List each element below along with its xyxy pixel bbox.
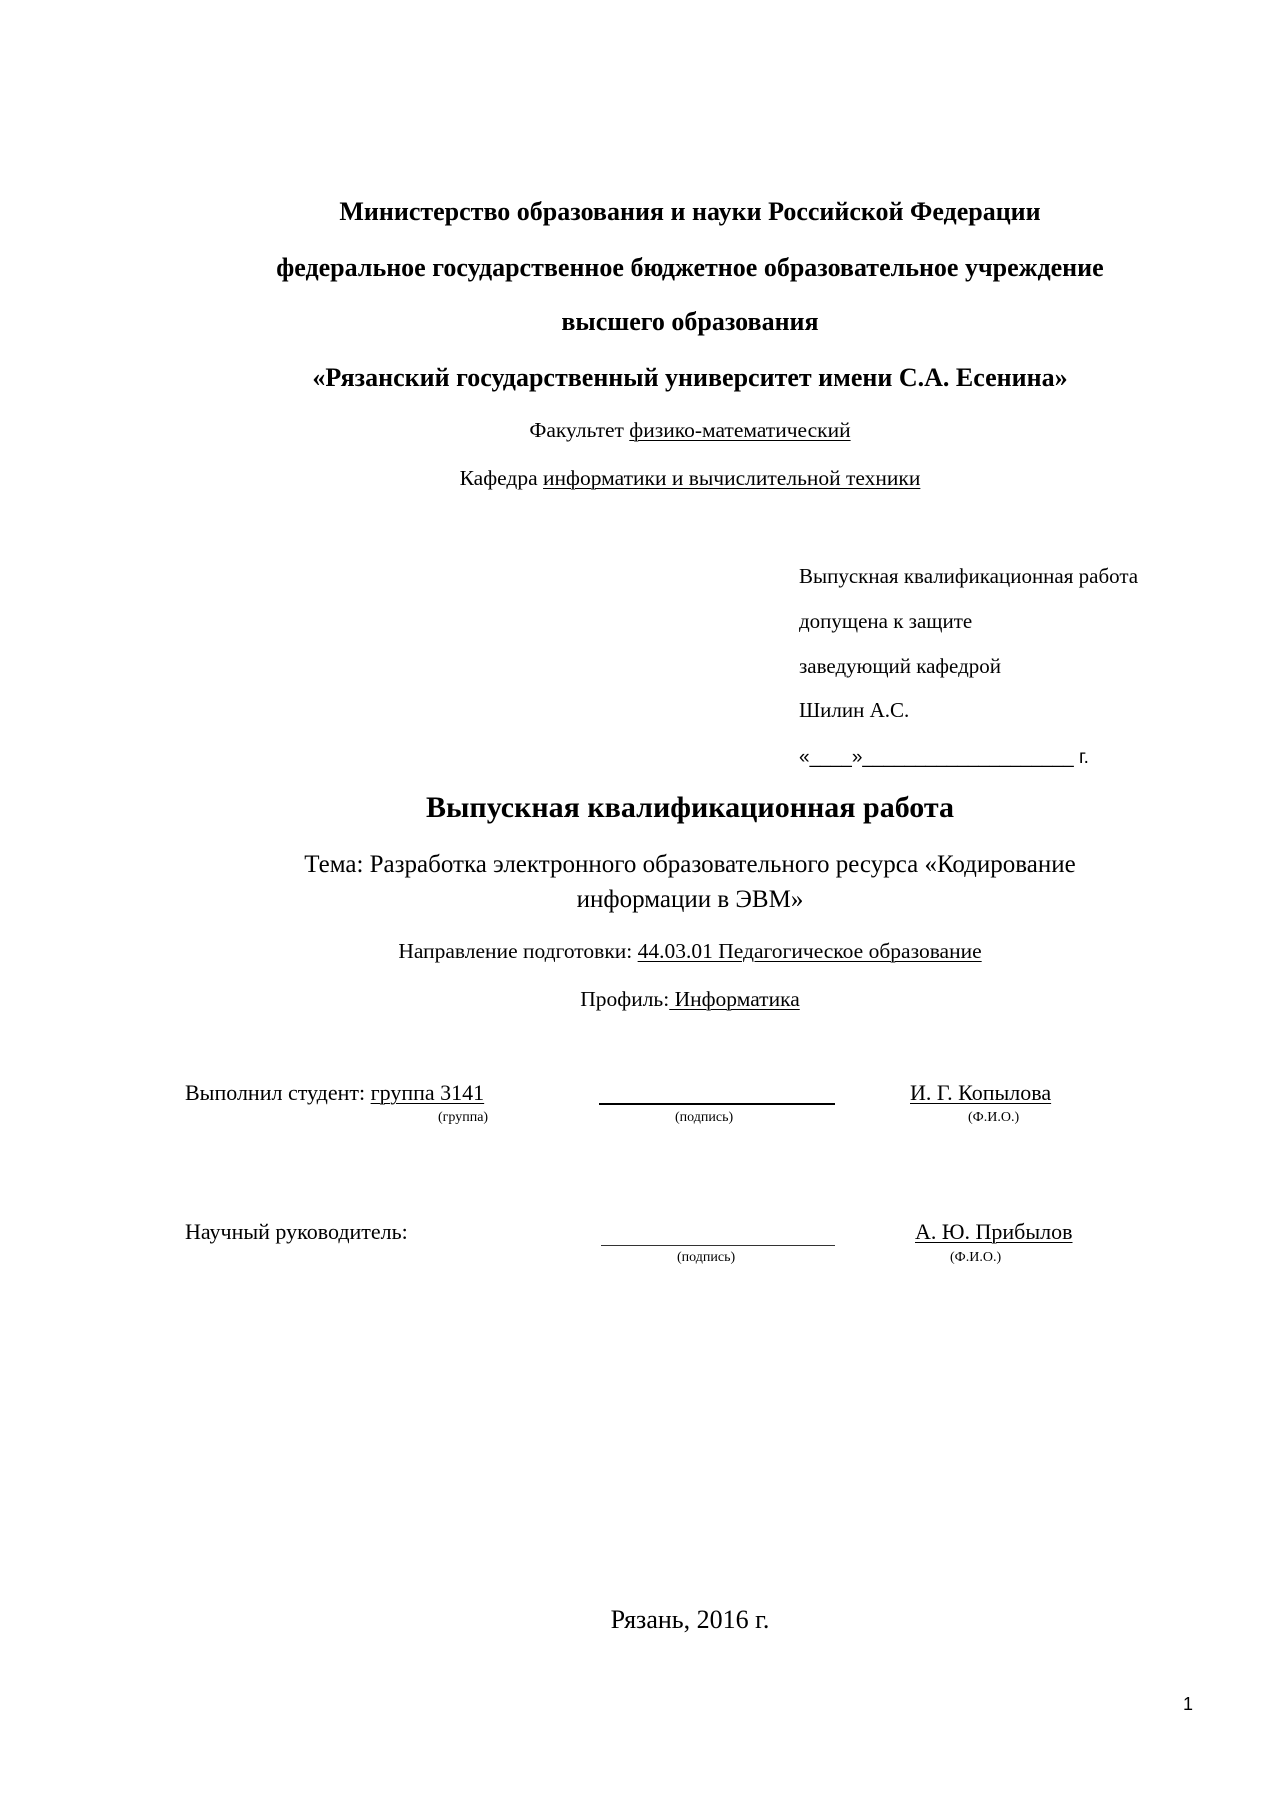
faculty-label: Факультет: [529, 418, 629, 442]
direction-value: 44.03.01 Педагогическое образование: [638, 939, 982, 963]
approval-line-2: допущена к защите: [799, 608, 972, 634]
ministry-heading: Министерство образования и науки Российс…: [185, 197, 1195, 227]
profile-line: Профиль: Информатика: [185, 986, 1195, 1012]
student-group-value: группа 3141: [371, 1080, 485, 1105]
approval-line-3: заведующий кафедрой: [799, 653, 1001, 679]
supervisor-name-caption: (Ф.И.О.): [950, 1250, 1001, 1266]
document-page: Министерство образования и науки Российс…: [0, 0, 1280, 1811]
department-line: Кафедра информатики и вычислительной тех…: [185, 465, 1195, 491]
student-label: Выполнил студент:: [185, 1080, 371, 1105]
university-heading: «Рязанский государственный университет и…: [185, 363, 1195, 393]
student-row: Выполнил студент: группа 3141: [185, 1080, 484, 1106]
direction-label: Направление подготовки:: [398, 939, 637, 963]
supervisor-signature-line: [601, 1245, 835, 1246]
profile-value: Информатика: [669, 987, 800, 1011]
student-name-caption: (Ф.И.О.): [968, 1110, 1019, 1126]
supervisor-label: Научный руководитель:: [185, 1219, 408, 1245]
student-name-value: И. Г. Копылова: [910, 1080, 1051, 1106]
faculty-value: физико-математический: [629, 418, 850, 442]
approval-date-line: «____»____________________ г.: [799, 745, 1089, 771]
supervisor-name-value: А. Ю. Прибылов: [915, 1219, 1073, 1245]
approval-head-name: Шилин А.С.: [799, 697, 909, 723]
education-level-heading: высшего образования: [185, 307, 1195, 337]
page-number: 1: [1183, 1694, 1193, 1715]
supervisor-signature-caption: (подпись): [677, 1250, 735, 1266]
faculty-line: Факультет физико-математический: [185, 417, 1195, 443]
topic-line-1: Тема: Разработка электронного образовате…: [185, 850, 1195, 880]
direction-line: Направление подготовки: 44.03.01 Педагог…: [185, 938, 1195, 964]
profile-label: Профиль:: [580, 987, 669, 1011]
topic-line-2: информации в ЭВМ»: [185, 885, 1195, 915]
work-title: Выпускная квалификационная работа: [185, 790, 1195, 826]
department-label: Кафедра: [460, 466, 543, 490]
approval-line-1: Выпускная квалификационная работа: [799, 563, 1138, 589]
student-signature-line: [599, 1103, 835, 1105]
student-group-caption: (группа): [438, 1110, 488, 1126]
department-value: информатики и вычислительной техники: [543, 466, 920, 490]
institution-type-heading: федеральное государственное бюджетное об…: [185, 253, 1195, 283]
student-signature-caption: (подпись): [675, 1110, 733, 1126]
city-year: Рязань, 2016 г.: [185, 1605, 1195, 1635]
